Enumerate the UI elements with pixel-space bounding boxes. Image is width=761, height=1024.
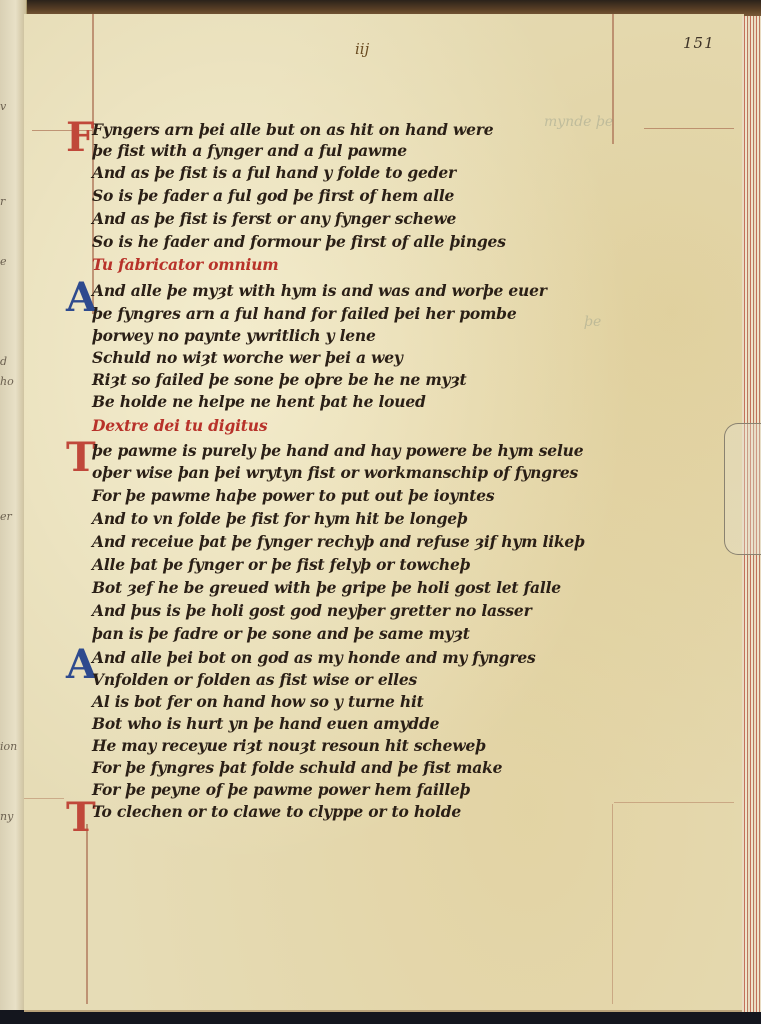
verse-line: And receiue þat þe fynger rechyþ and ref… xyxy=(92,532,585,551)
verse-line: And as þe fist is ferst or any fynger sc… xyxy=(92,209,456,228)
rubric: Dextre dei tu digitus xyxy=(92,416,267,435)
facing-page-fragment: ho xyxy=(0,375,24,389)
folio-number: 151 xyxy=(683,34,715,52)
verse-line: Vnfolden or folden as fist wise or elles xyxy=(92,670,417,689)
verse-line: Riȝt so failed þe sone þe oþre be he ne … xyxy=(92,370,467,389)
verse-line: And alle þe myȝt with hym is and was and… xyxy=(92,281,547,300)
verse-line: Al is bot fer on hand how so y turne hit xyxy=(92,692,424,711)
verse-line: And as þe fist is a ful hand y folde to … xyxy=(92,163,456,182)
verse-line: þe fyngres arn a ful hand for failed þei… xyxy=(92,304,517,323)
verse-line: He may receyue riȝt nouȝt resoun hit sch… xyxy=(92,736,486,755)
page-tab-marker xyxy=(724,423,761,555)
verse-line: So is he fader and formour þe first of a… xyxy=(92,232,506,251)
ruling-line xyxy=(612,804,613,1004)
verse-line: Alle þat þe fynger or þe fist felyþ or t… xyxy=(92,555,470,574)
ruling-line xyxy=(644,128,734,129)
bleed-through-text: mynde þe xyxy=(544,114,613,130)
verse-line: Be holde ne helpe ne hent þat he loued xyxy=(92,392,426,411)
ruling-line xyxy=(614,802,734,803)
facing-page-edge: v r e d ho er ion ny xyxy=(0,0,27,1010)
facing-page-fragment: v xyxy=(0,100,24,114)
verse-line: For þe peyne of þe pawme power hem faill… xyxy=(92,780,470,799)
verse-line: oþer wise þan þei wrytyn fist or workman… xyxy=(92,463,578,482)
facing-page-fragment: ny xyxy=(0,810,24,824)
rubric: Tu fabricator omnium xyxy=(92,255,279,274)
verse-line: And to vn folde þe fist for hym hit be l… xyxy=(92,509,468,528)
verse-line: þe fist with a fynger and a ful pawme xyxy=(92,141,407,160)
verse-line: Fyngers arn þei alle but on as hit on ha… xyxy=(92,120,493,139)
verse-line: Bot who is hurt yn þe hand euen amydde xyxy=(92,714,439,733)
facing-page-fragment: er xyxy=(0,510,24,524)
verse-line: For þe fyngres þat folde schuld and þe f… xyxy=(92,758,502,777)
verse-line: For þe pawme haþe power to put out þe io… xyxy=(92,486,494,505)
initial-capital: F xyxy=(66,118,94,158)
facing-page-fragment: d xyxy=(0,355,24,369)
verse-line: Schuld no wiȝt worche wer þei a wey xyxy=(92,348,403,367)
verse-line: So is þe fader a ful god þe first of hem… xyxy=(92,186,454,205)
bleed-through-text: þe xyxy=(584,314,601,330)
verse-line: And alle þei bot on god as my honde and … xyxy=(92,648,536,667)
ruling-line xyxy=(86,824,88,1004)
verse-line: þe pawme is purely þe hand and hay power… xyxy=(92,441,583,460)
verse-line: And þus is þe holi gost god neyþer grett… xyxy=(92,601,532,620)
facing-page-fragment: e xyxy=(0,255,24,269)
ruling-line xyxy=(24,798,64,799)
verse-line: þan is þe fadre or þe sone and þe same m… xyxy=(92,624,470,643)
verse-line: To clechen or to clawe to clyppe or to h… xyxy=(92,802,461,821)
verse-line: Bot ȝef he be greued with þe gripe þe ho… xyxy=(92,578,561,597)
verse-line: þorwey no paynte ywritlich y lene xyxy=(92,326,376,345)
facing-page-fragment: ion xyxy=(0,740,24,754)
quire-mark: iij xyxy=(355,40,369,58)
facing-page-fragment: r xyxy=(0,195,24,209)
